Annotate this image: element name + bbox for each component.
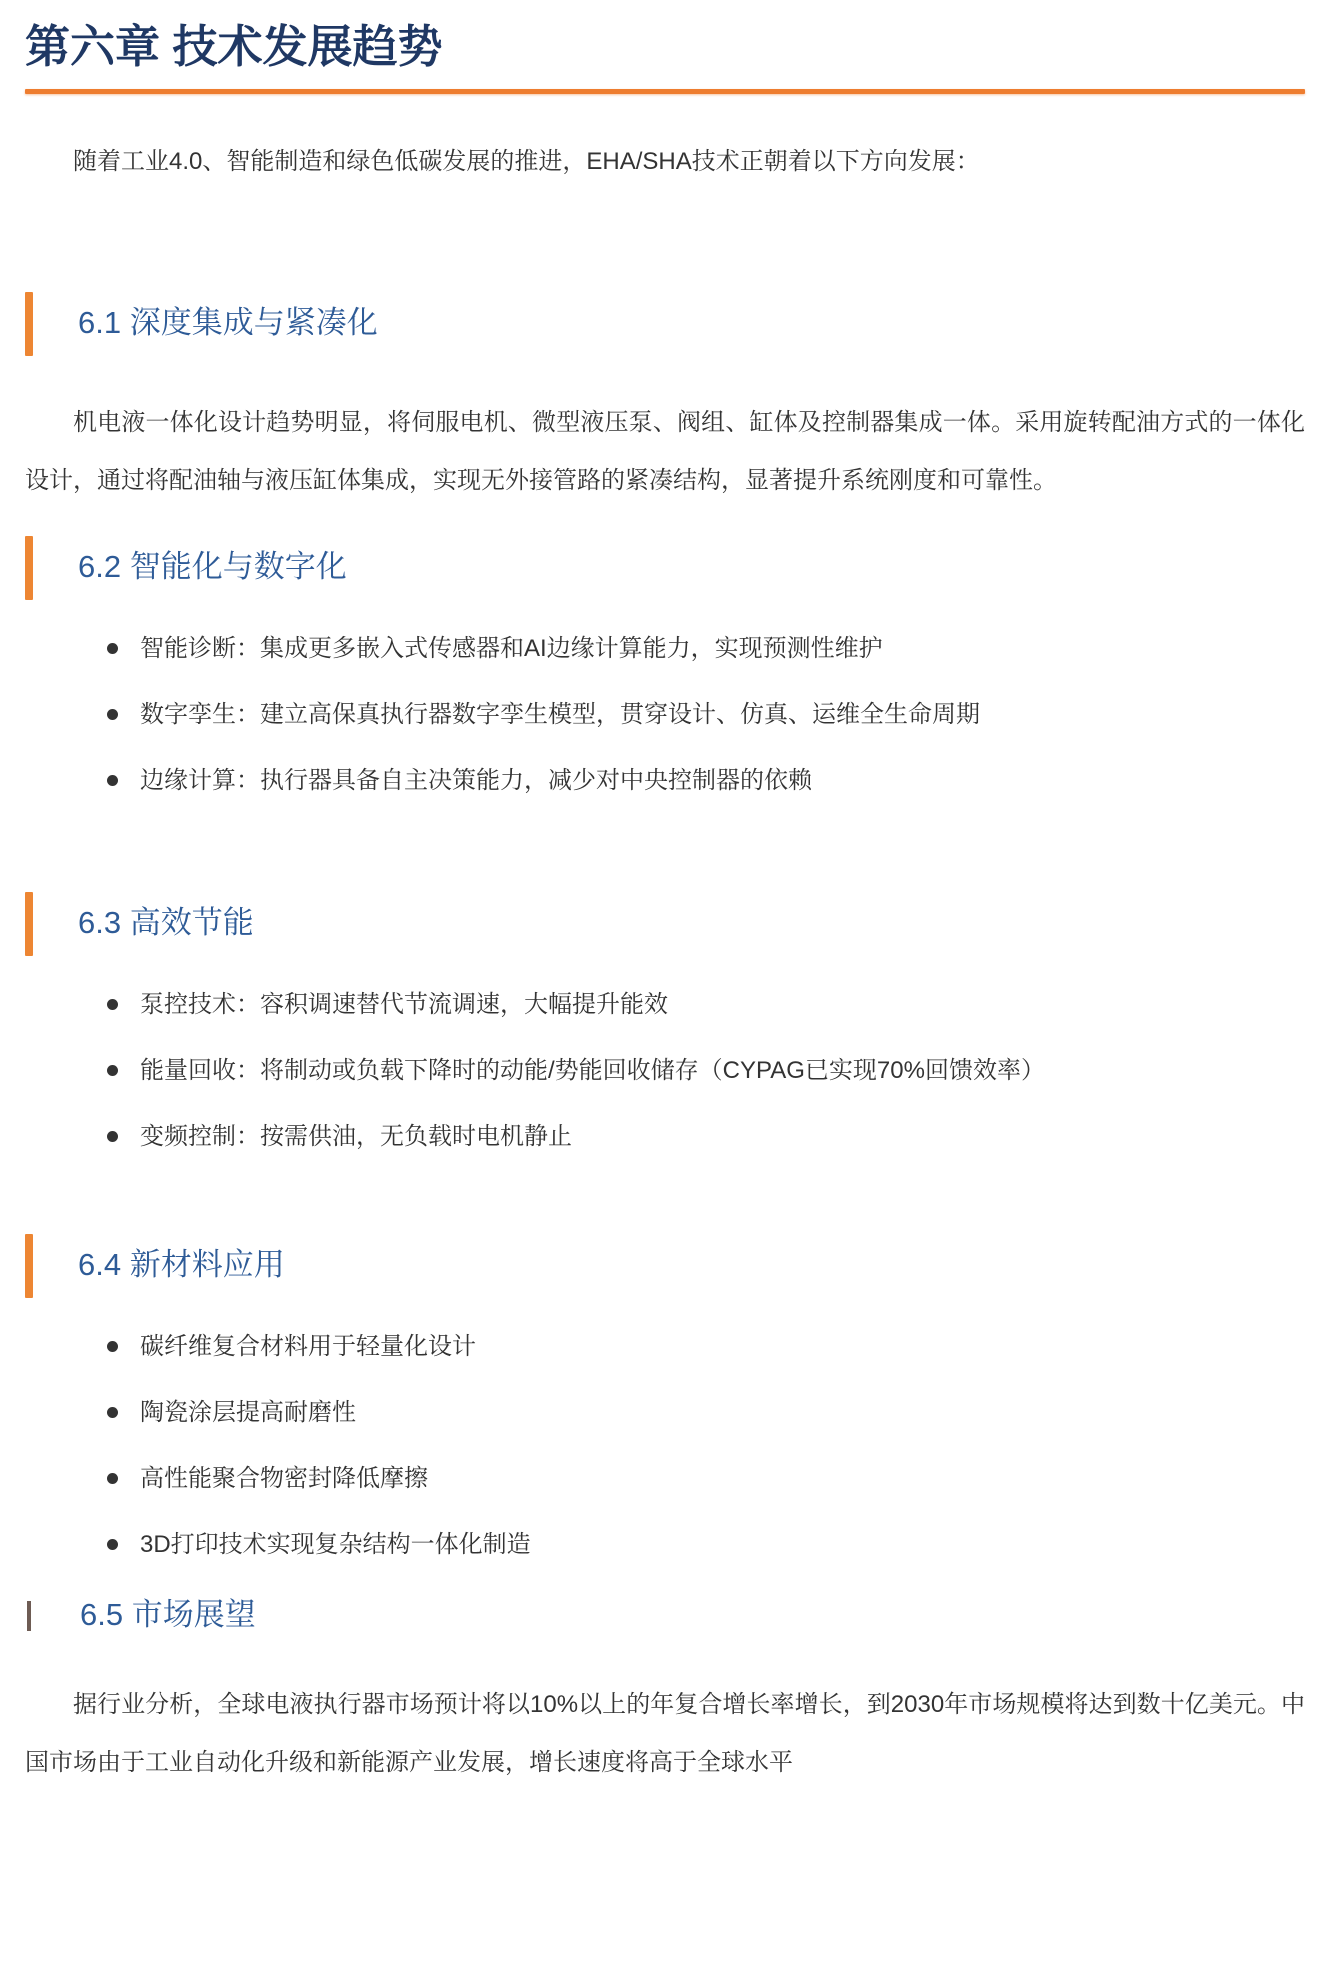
section-6-2-title: 6.2 智能化与数字化 (33, 548, 347, 587)
section-6-3-title: 6.3 高效节能 (33, 904, 254, 943)
section-6-5-heading: 6.5 市场展望 (25, 1592, 1305, 1640)
section-6-3: 6.3 高效节能 泵控技术：容积调速替代节流调速，大幅提升能效 能量回收：将制动… (25, 892, 1305, 1154)
section-6-4-title: 6.4 新材料应用 (33, 1246, 285, 1285)
document-page: 第六章 技术发展趋势 随着工业4.0、智能制造和绿色低碳发展的推进，EHA/SH… (0, 0, 1330, 1822)
section-6-2: 6.2 智能化与数字化 智能诊断：集成更多嵌入式传感器和AI边缘计算能力，实现预… (25, 536, 1305, 798)
section-accent-bar (25, 292, 33, 356)
list-item: 能量回收：将制动或负载下降时的动能/势能回收储存（CYPAG已实现70%回馈效率… (25, 1054, 1305, 1088)
section-6-1: 6.1 深度集成与紧凑化 机电液一体化设计趋势明显，将伺服电机、微型液压泵、阀组… (25, 292, 1305, 510)
section-6-5: 6.5 市场展望 据行业分析，全球电液执行器市场预计将以10%以上的年复合增长率… (25, 1592, 1305, 1792)
section-6-5-title: 6.5 市场展望 (31, 1596, 256, 1635)
list-item: 边缘计算：执行器具备自主决策能力，减少对中央控制器的依赖 (25, 764, 1305, 798)
section-6-2-bullet-list: 智能诊断：集成更多嵌入式传感器和AI边缘计算能力，实现预测性维护 数字孪生：建立… (25, 632, 1305, 798)
section-6-2-heading: 6.2 智能化与数字化 (25, 536, 1305, 600)
section-6-3-bullet-list: 泵控技术：容积调速替代节流调速，大幅提升能效 能量回收：将制动或负载下降时的动能… (25, 988, 1305, 1154)
section-6-3-heading: 6.3 高效节能 (25, 892, 1305, 956)
section-6-5-paragraph: 据行业分析，全球电液执行器市场预计将以10%以上的年复合增长率增长，到2030年… (25, 1676, 1305, 1792)
section-6-1-heading: 6.1 深度集成与紧凑化 (25, 292, 1305, 356)
section-6-1-paragraph: 机电液一体化设计趋势明显，将伺服电机、微型液压泵、阀组、缸体及控制器集成一体。采… (25, 394, 1305, 510)
title-accent-divider (25, 89, 1305, 94)
section-accent-bar (25, 892, 33, 956)
list-item: 碳纤维复合材料用于轻量化设计 (25, 1330, 1305, 1364)
list-item: 陶瓷涂层提高耐磨性 (25, 1396, 1305, 1430)
list-item: 泵控技术：容积调速替代节流调速，大幅提升能效 (25, 988, 1305, 1022)
section-6-4-heading: 6.4 新材料应用 (25, 1234, 1305, 1298)
list-item: 3D打印技术实现复杂结构一体化制造 (25, 1528, 1305, 1562)
chapter-title: 第六章 技术发展趋势 (25, 0, 1305, 77)
section-6-4: 6.4 新材料应用 碳纤维复合材料用于轻量化设计 陶瓷涂层提高耐磨性 高性能聚合… (25, 1234, 1305, 1562)
list-item: 变频控制：按需供油，无负载时电机静止 (25, 1120, 1305, 1154)
section-6-1-title: 6.1 深度集成与紧凑化 (33, 304, 378, 343)
list-item: 数字孪生：建立高保真执行器数字孪生模型，贯穿设计、仿真、运维全生命周期 (25, 698, 1305, 732)
section-accent-bar (25, 536, 33, 600)
section-6-4-bullet-list: 碳纤维复合材料用于轻量化设计 陶瓷涂层提高耐磨性 高性能聚合物密封降低摩擦 3D… (25, 1330, 1305, 1562)
list-item: 智能诊断：集成更多嵌入式传感器和AI边缘计算能力，实现预测性维护 (25, 632, 1305, 666)
list-item: 高性能聚合物密封降低摩擦 (25, 1462, 1305, 1496)
intro-paragraph: 随着工业4.0、智能制造和绿色低碳发展的推进，EHA/SHA技术正朝着以下方向发… (25, 144, 1305, 180)
section-accent-bar (25, 1234, 33, 1298)
